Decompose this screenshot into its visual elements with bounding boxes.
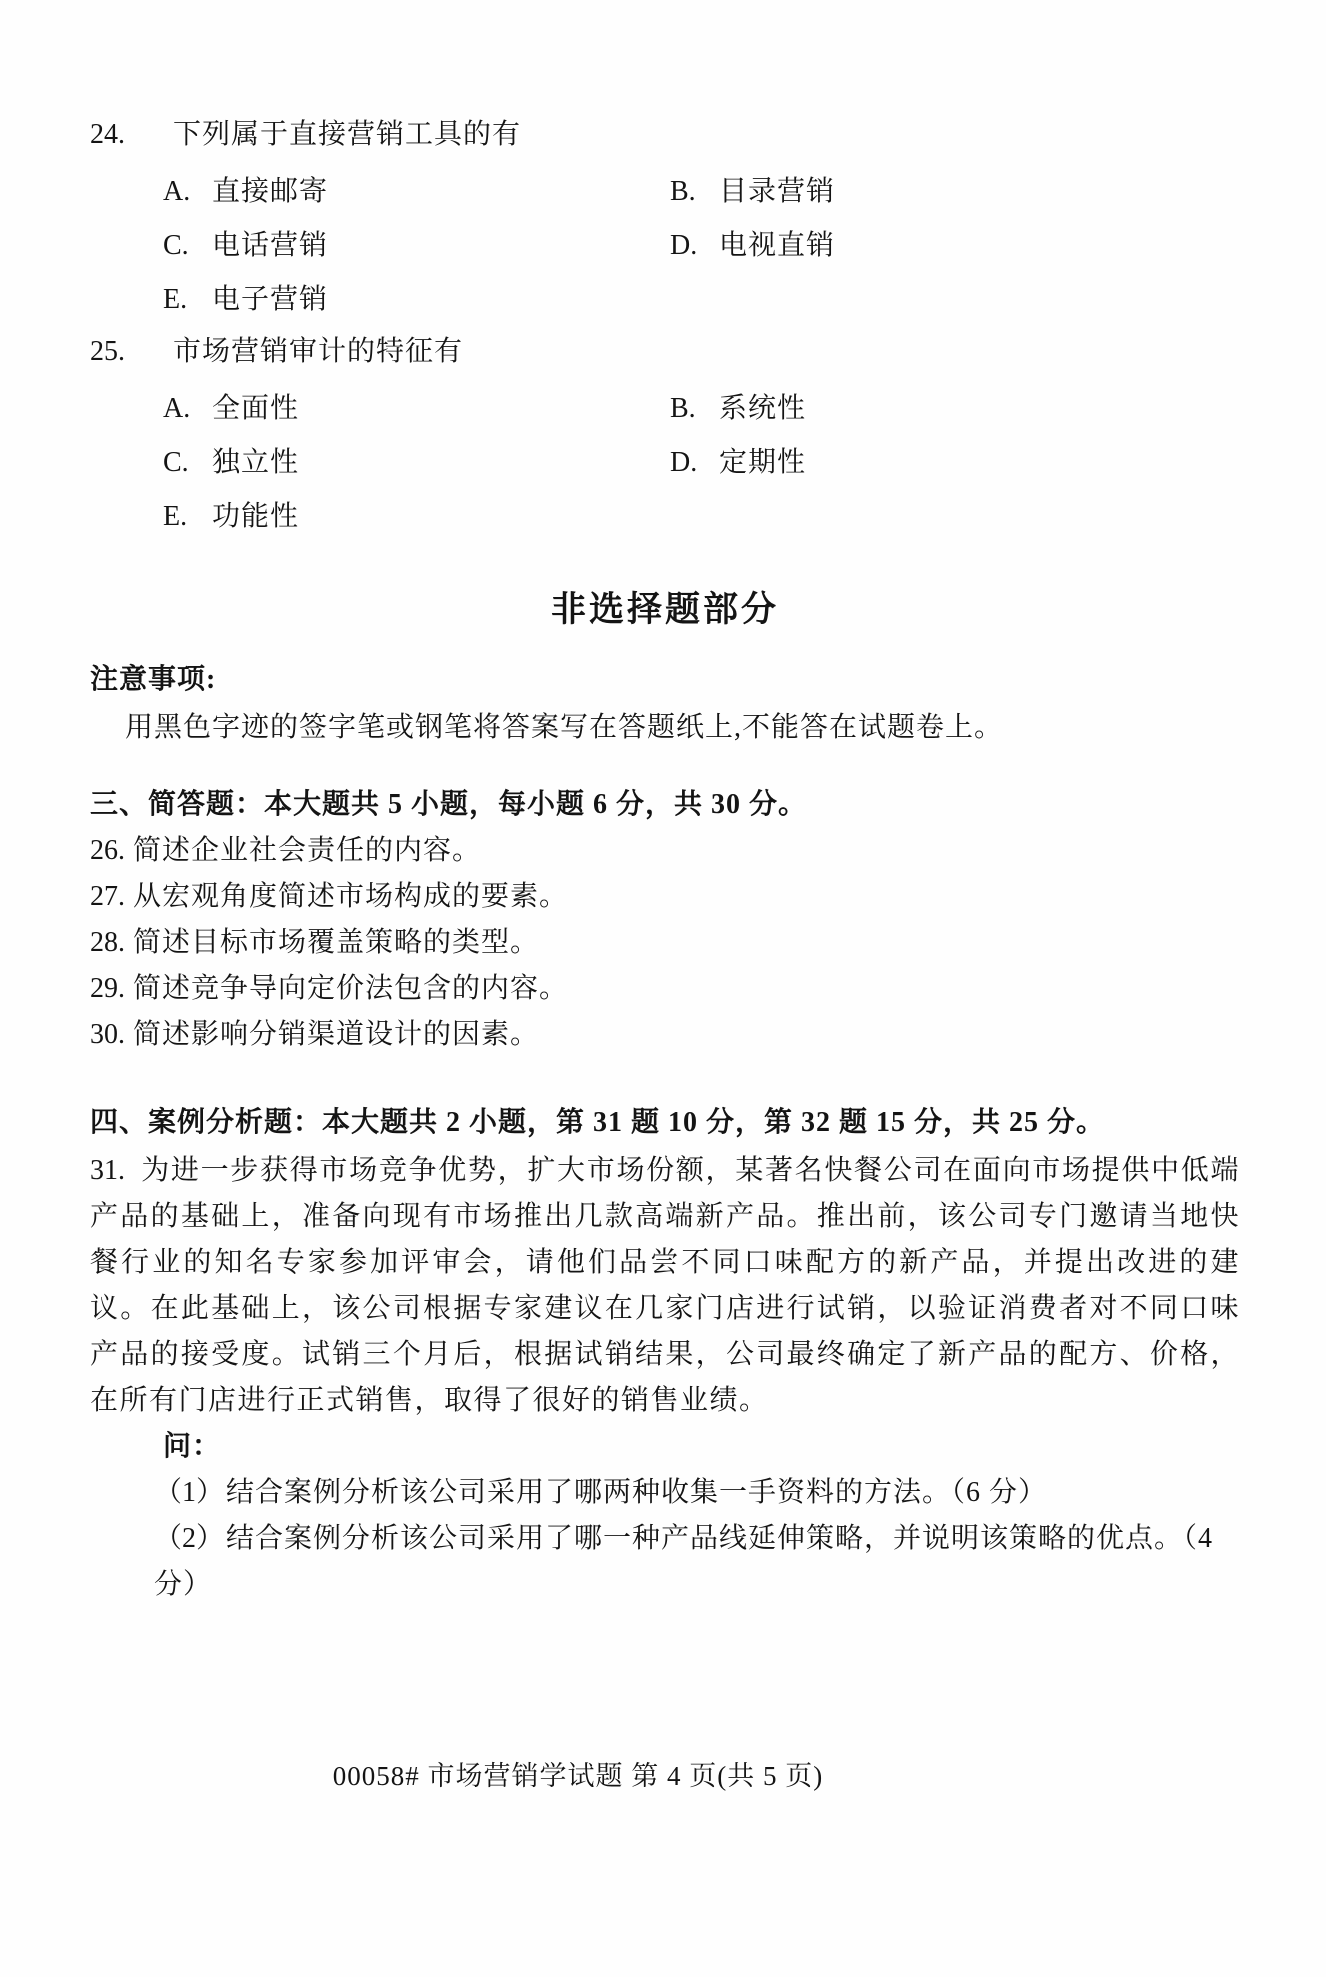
notice-block: 注意事项: 用黑色字迹的签字笔或钢笔将答案写在答题纸上,不能答在试题卷上。 bbox=[90, 666, 1240, 742]
option-c: C.电话营销 bbox=[163, 232, 670, 260]
question-25-title: 25.市场营销审计的特征有 bbox=[90, 335, 1240, 369]
option-label: B. bbox=[670, 395, 719, 423]
option-text: 目录营销 bbox=[719, 176, 835, 207]
option-label: C. bbox=[163, 232, 212, 260]
option-text: 电话营销 bbox=[212, 230, 328, 261]
option-label: D. bbox=[670, 232, 719, 260]
question-number: 25. bbox=[90, 335, 173, 369]
option-d: D.电视直销 bbox=[670, 232, 1240, 260]
short-answer-item-26: 26.简述企业社会责任的内容。 bbox=[90, 836, 1240, 866]
item-text: 简述企业社会责任的内容。 bbox=[133, 835, 481, 866]
option-label: A. bbox=[163, 395, 212, 423]
option-text: 电子营销 bbox=[212, 284, 328, 315]
item-text: 从宏观角度简述市场构成的要素。 bbox=[133, 881, 568, 912]
short-answer-heading: 三、简答题：本大题共 5 小题，每小题 6 分，共 30 分。 bbox=[90, 790, 1240, 820]
item-number: 27. bbox=[90, 882, 133, 912]
option-a: A.全面性 bbox=[163, 395, 670, 423]
exam-page: 24.下列属于直接营销工具的有 A.直接邮寄 B.目录营销 C.电话营销 D.电… bbox=[0, 0, 1326, 1977]
option-c: C.独立性 bbox=[163, 449, 670, 477]
option-label: E. bbox=[163, 286, 212, 314]
case-analysis-heading: 四、案例分析题：本大题共 2 小题，第 31 题 10 分，第 32 题 15 … bbox=[90, 1108, 1240, 1138]
option-d: D.定期性 bbox=[670, 449, 1240, 477]
option-text: 功能性 bbox=[212, 501, 299, 532]
option-label: A. bbox=[163, 178, 212, 206]
case-analysis-section: 四、案例分析题：本大题共 2 小题，第 31 题 10 分，第 32 题 15 … bbox=[90, 1108, 1240, 1608]
option-b: B.目录营销 bbox=[670, 178, 1240, 206]
question-25-options: A.全面性 B.系统性 C.独立性 D.定期性 E.功能性 bbox=[163, 395, 1240, 531]
sub-question-text: 结合案例分析该公司采用了哪一种产品线延伸策略，并说明该策略的优点。（4 分） bbox=[154, 1523, 1213, 1600]
item-number: 26. bbox=[90, 836, 133, 866]
option-label: C. bbox=[163, 449, 212, 477]
case-paragraph-31: 31.为进一步获得市场竞争优势，扩大市场份额，某著名快餐公司在面向市场提供中低端… bbox=[90, 1148, 1240, 1424]
sub-question-number: （2） bbox=[154, 1523, 224, 1554]
short-answer-item-28: 28.简述目标市场覆盖策略的类型。 bbox=[90, 928, 1240, 958]
item-number: 30. bbox=[90, 1020, 133, 1050]
option-e: E.功能性 bbox=[163, 503, 670, 531]
option-label: D. bbox=[670, 449, 719, 477]
part-heading: 非选择题部分 bbox=[90, 590, 1240, 630]
short-answer-section: 三、简答题：本大题共 5 小题，每小题 6 分，共 30 分。 26.简述企业社… bbox=[90, 790, 1240, 1050]
sub-question-2: （2）结合案例分析该公司采用了哪一种产品线延伸策略，并说明该策略的优点。（4 分… bbox=[90, 1516, 1240, 1608]
option-label: B. bbox=[670, 178, 719, 206]
option-text: 电视直销 bbox=[719, 230, 835, 261]
case-number: 31. bbox=[90, 1155, 125, 1186]
option-text: 全面性 bbox=[212, 393, 299, 424]
question-24-options: A.直接邮寄 B.目录营销 C.电话营销 D.电视直销 E.电子营销 bbox=[163, 178, 1240, 314]
sub-question-1: （1）结合案例分析该公司采用了哪两种收集一手资料的方法。（6 分） bbox=[90, 1470, 1240, 1516]
question-25: 25.市场营销审计的特征有 A.全面性 B.系统性 C.独立性 D.定期性 E.… bbox=[90, 335, 1240, 531]
option-a: A.直接邮寄 bbox=[163, 178, 670, 206]
option-b: B.系统性 bbox=[670, 395, 1240, 423]
item-text: 简述影响分销渠道设计的因素。 bbox=[133, 1019, 539, 1050]
notice-body: 用黑色字迹的签字笔或钢笔将答案写在答题纸上,不能答在试题卷上。 bbox=[90, 714, 1240, 742]
case-text: 为进一步获得市场竞争优势，扩大市场份额，某著名快餐公司在面向市场提供中低端产品的… bbox=[90, 1155, 1240, 1416]
short-answer-item-29: 29.简述竞争导向定价法包含的内容。 bbox=[90, 974, 1240, 1004]
item-number: 29. bbox=[90, 974, 133, 1004]
question-24: 24.下列属于直接营销工具的有 A.直接邮寄 B.目录营销 C.电话营销 D.电… bbox=[90, 118, 1240, 314]
option-text: 独立性 bbox=[212, 447, 299, 478]
option-text: 系统性 bbox=[719, 393, 806, 424]
option-text: 直接邮寄 bbox=[212, 176, 328, 207]
option-text: 定期性 bbox=[719, 447, 806, 478]
notice-title: 注意事项: bbox=[90, 666, 1240, 694]
short-answer-item-30: 30.简述影响分销渠道设计的因素。 bbox=[90, 1020, 1240, 1050]
question-number: 24. bbox=[90, 118, 173, 152]
ask-label: 问： bbox=[90, 1424, 1240, 1470]
question-text: 下列属于直接营销工具的有 bbox=[173, 119, 521, 150]
option-label: E. bbox=[163, 503, 212, 531]
sub-question-text: 结合案例分析该公司采用了哪两种收集一手资料的方法。（6 分） bbox=[226, 1477, 1047, 1508]
item-text: 简述目标市场覆盖策略的类型。 bbox=[133, 927, 539, 958]
page-footer: 00058# 市场营销学试题 第 4 页(共 5 页) bbox=[0, 1754, 1241, 1793]
option-e: E.电子营销 bbox=[163, 286, 670, 314]
question-text: 市场营销审计的特征有 bbox=[173, 336, 463, 367]
item-text: 简述竞争导向定价法包含的内容。 bbox=[133, 973, 568, 1004]
question-24-title: 24.下列属于直接营销工具的有 bbox=[90, 118, 1240, 152]
sub-question-number: （1） bbox=[154, 1477, 224, 1508]
item-number: 28. bbox=[90, 928, 133, 958]
short-answer-item-27: 27.从宏观角度简述市场构成的要素。 bbox=[90, 882, 1240, 912]
